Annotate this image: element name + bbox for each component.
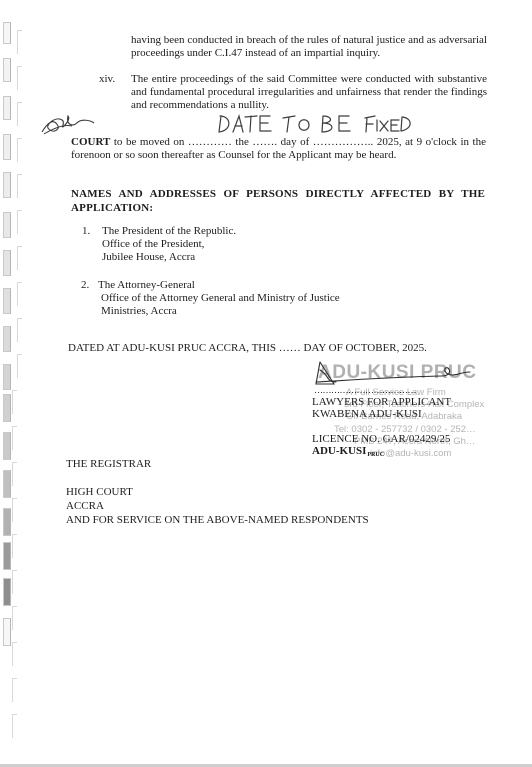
binding-mark: [3, 364, 11, 390]
binding-mark: [3, 58, 11, 82]
person-line: Office of the Attorney General and Minis…: [101, 292, 340, 305]
text-line: COURT to be moved on ………… the ……. day of…: [71, 136, 486, 149]
binding-tick: [12, 678, 13, 702]
binding-tick: [17, 174, 18, 198]
address-line: ACCRA: [66, 500, 104, 513]
dated-line: DATED AT ADU-KUSI PRUC ACCRA, THIS …… DA…: [68, 342, 427, 355]
binding-tick: [12, 606, 13, 630]
registrar-label: THE REGISTRAR: [66, 458, 151, 471]
binding-tick: [17, 138, 18, 162]
binding-tick: [17, 246, 18, 270]
binding-tick: [17, 318, 18, 342]
binding-tick: [12, 570, 13, 594]
court-motion-text: to be moved on ………… the ……. day of ………………: [110, 136, 486, 148]
firm-suffix: PRUC: [367, 452, 384, 458]
binding-mark: [3, 134, 11, 160]
binding-tick: [17, 354, 18, 378]
binding-tick: [12, 642, 13, 666]
person-line: Jubilee House, Accra: [102, 251, 195, 264]
binding-mark: [3, 618, 11, 646]
binding-tick: [17, 66, 18, 90]
binding-tick: [12, 390, 13, 414]
handwritten-date-note-icon: [215, 112, 415, 136]
binding-mark: [3, 394, 11, 422]
binding-tick: [17, 102, 18, 126]
address-line: HIGH COURT: [66, 486, 133, 499]
binding-edge: [0, 0, 30, 764]
person-line: Ministries, Accra: [101, 305, 177, 318]
binding-mark: [3, 212, 11, 238]
binding-mark: [3, 508, 11, 536]
persons-heading: NAMES AND ADDRESSES OF PERSONS DIRECTLY …: [71, 188, 485, 215]
lawyer-name: KWABENA ADU-KUSI: [312, 408, 422, 421]
text-line: The entire proceedings of the said Commi…: [131, 73, 487, 86]
person-line: The Attorney-General: [98, 279, 195, 292]
binding-tick: [12, 534, 13, 558]
binding-tick: [17, 210, 18, 234]
handwritten-initials-icon: [38, 112, 98, 138]
binding-mark: [3, 22, 11, 44]
item-numeral: xiv.: [99, 73, 115, 86]
binding-mark: [3, 432, 11, 460]
binding-mark: [3, 326, 11, 352]
text-line: proceedings under C.I.47 instead of an i…: [131, 47, 380, 60]
binding-tick: [12, 498, 13, 522]
person-line: Office of the President,: [102, 238, 204, 251]
binding-tick: [17, 30, 18, 54]
person-line: The President of the Republic.: [102, 225, 236, 238]
text-line: having been conducted in breach of the r…: [131, 34, 487, 47]
text-line: and fundamental procedural irregularitie…: [131, 86, 487, 99]
binding-tick: [12, 462, 13, 486]
binding-mark: [3, 470, 11, 498]
binding-mark: [3, 172, 11, 198]
text-line: and recommendations a nullity.: [131, 99, 269, 112]
binding-mark: [3, 542, 11, 570]
binding-mark: [3, 96, 11, 120]
firm-name: ADU-KUSIPRUC: [312, 445, 384, 462]
binding-mark: [3, 288, 11, 314]
address-line: AND FOR SERVICE ON THE ABOVE-NAMED RESPO…: [66, 514, 369, 527]
binding-tick: [17, 282, 18, 306]
binding-tick: [12, 714, 13, 738]
person-number: 1.: [82, 225, 90, 238]
binding-tick: [12, 426, 13, 450]
firm-name-text: ADU-KUSI: [312, 445, 366, 457]
person-number: 2.: [81, 279, 89, 292]
text-line: forenoon or so soon thereafter as Counse…: [71, 149, 396, 162]
document-page: having been conducted in breach of the r…: [0, 0, 532, 764]
binding-mark: [3, 250, 11, 276]
court-label: COURT: [71, 136, 110, 148]
binding-mark: [3, 578, 11, 606]
